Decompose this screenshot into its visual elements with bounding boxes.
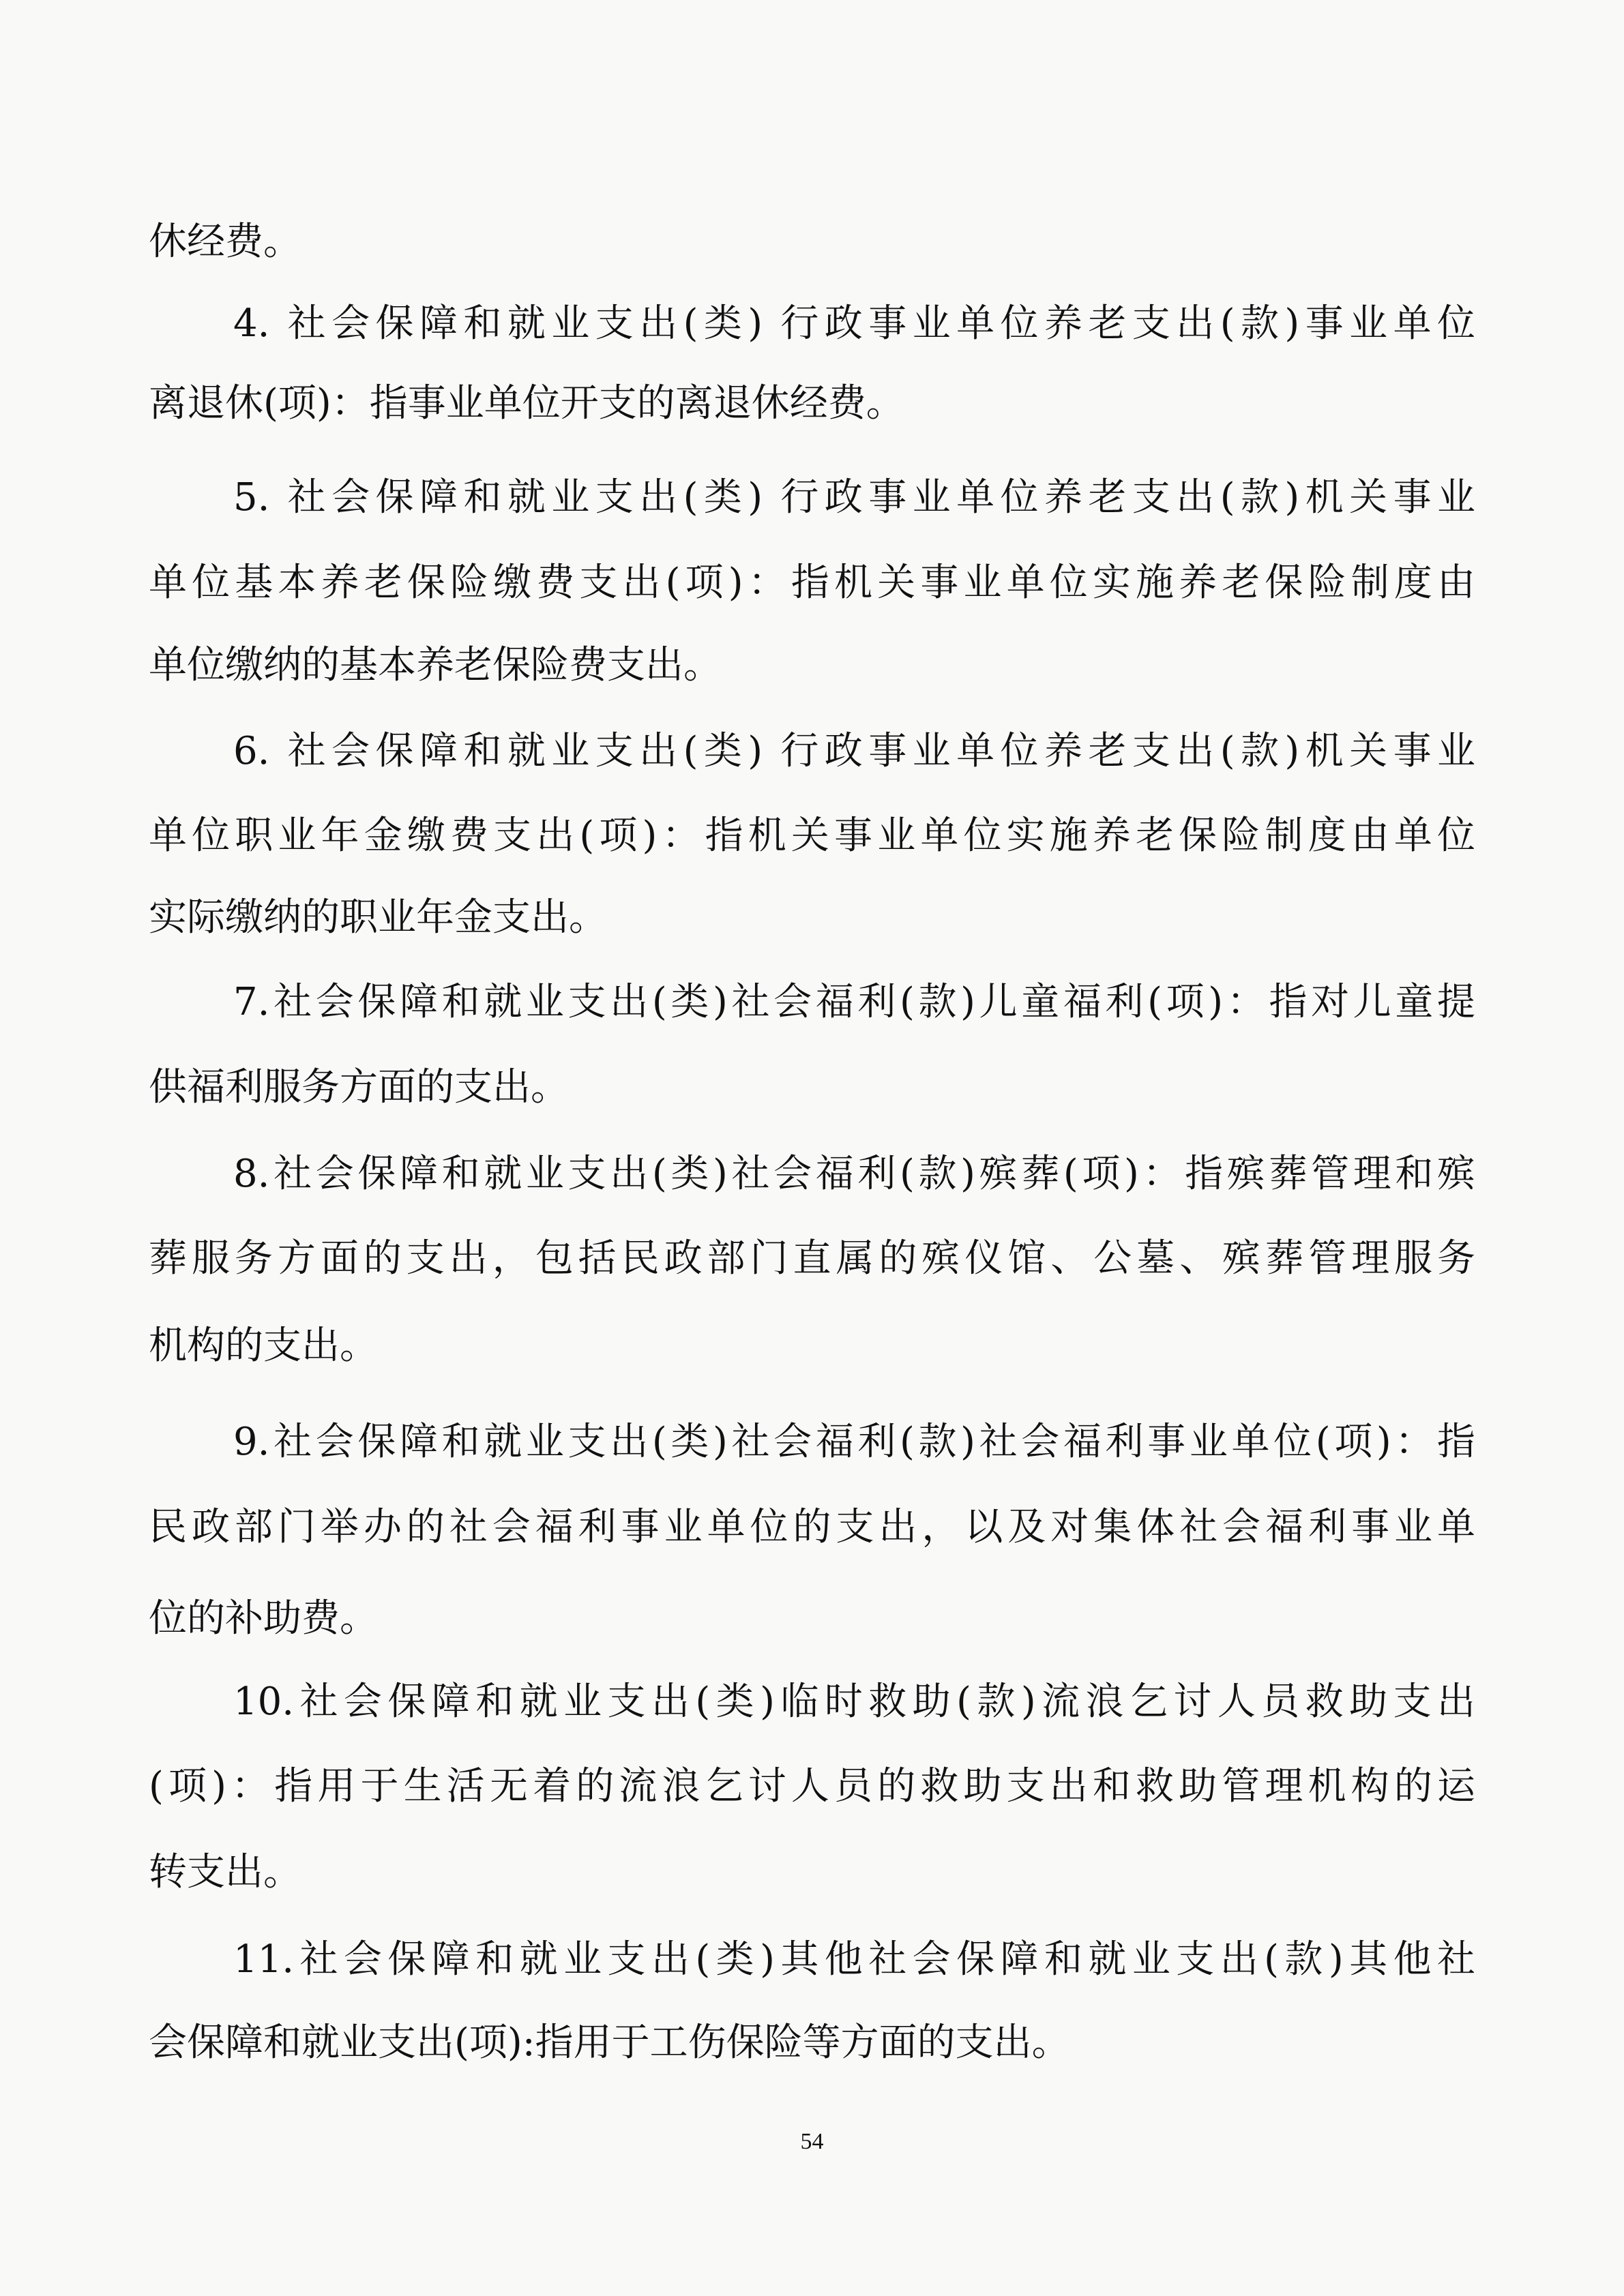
paragraph-8-line-1: 8.社会保障和就业支出(类)社会福利(款)殡葬(项)：指殡葬管理和殡 — [233, 1147, 1475, 1202]
paragraph-6-line-1: 6. 社会保障和就业支出(类) 行政事业单位养老支出(款)机关事业 — [233, 724, 1475, 779]
paragraph-7-line-2: 供福利服务方面的支出。 — [149, 1060, 1475, 1115]
paragraph-11-line-2: 会保障和就业支出(项):指用于工伤保险等方面的支出。 — [149, 2016, 1475, 2070]
paragraph-7-line-1: 7.社会保障和就业支出(类)社会福利(款)儿童福利(项)：指对儿童提 — [233, 975, 1475, 1030]
paragraph-4-line-2: 离退休(项)：指事业单位开支的离退休经费。 — [149, 376, 1475, 431]
paragraph-11-line-1: 11.社会保障和就业支出(类)其他社会保障和就业支出(款)其他社 — [233, 1933, 1475, 1987]
document-page: 休经费。 4. 社会保障和就业支出(类) 行政事业单位养老支出(款)事业单位 离… — [0, 0, 1624, 2296]
continuation-line: 休经费。 — [149, 215, 1475, 269]
page-number: 54 — [0, 2126, 1624, 2158]
paragraph-8-line-2: 葬服务方面的支出，包括民政部门直属的殡仪馆、公墓、殡葬管理服务 — [149, 1232, 1475, 1286]
paragraph-8-line-3: 机构的支出。 — [149, 1319, 1475, 1373]
paragraph-6-line-2: 单位职业年金缴费支出(项)：指机关事业单位实施养老保险制度由单位 — [149, 809, 1475, 863]
paragraph-10-line-2: (项)：指用于生活无着的流浪乞讨人员的救助支出和救助管理机构的运 — [149, 1759, 1475, 1814]
paragraph-5-line-1: 5. 社会保障和就业支出(类) 行政事业单位养老支出(款)机关事业 — [233, 471, 1475, 525]
paragraph-4-line-1: 4. 社会保障和就业支出(类) 行政事业单位养老支出(款)事业单位 — [233, 297, 1475, 351]
paragraph-6-line-3: 实际缴纳的职业年金支出。 — [149, 891, 1475, 945]
paragraph-5-line-2: 单位基本养老保险缴费支出(项)：指机关事业单位实施养老保险制度由 — [149, 556, 1475, 610]
paragraph-5-line-3: 单位缴纳的基本养老保险费支出。 — [149, 638, 1475, 693]
paragraph-9-line-3: 位的补助费。 — [149, 1592, 1475, 1646]
paragraph-10-line-3: 转支出。 — [149, 1845, 1475, 1900]
paragraph-9-line-2: 民政部门举办的社会福利事业单位的支出，以及对集体社会福利事业单 — [149, 1500, 1475, 1555]
paragraph-10-line-1: 10.社会保障和就业支出(类)临时救助(款)流浪乞讨人员救助支出 — [233, 1675, 1475, 1729]
paragraph-9-line-1: 9.社会保障和就业支出(类)社会福利(款)社会福利事业单位(项)：指 — [233, 1415, 1475, 1470]
